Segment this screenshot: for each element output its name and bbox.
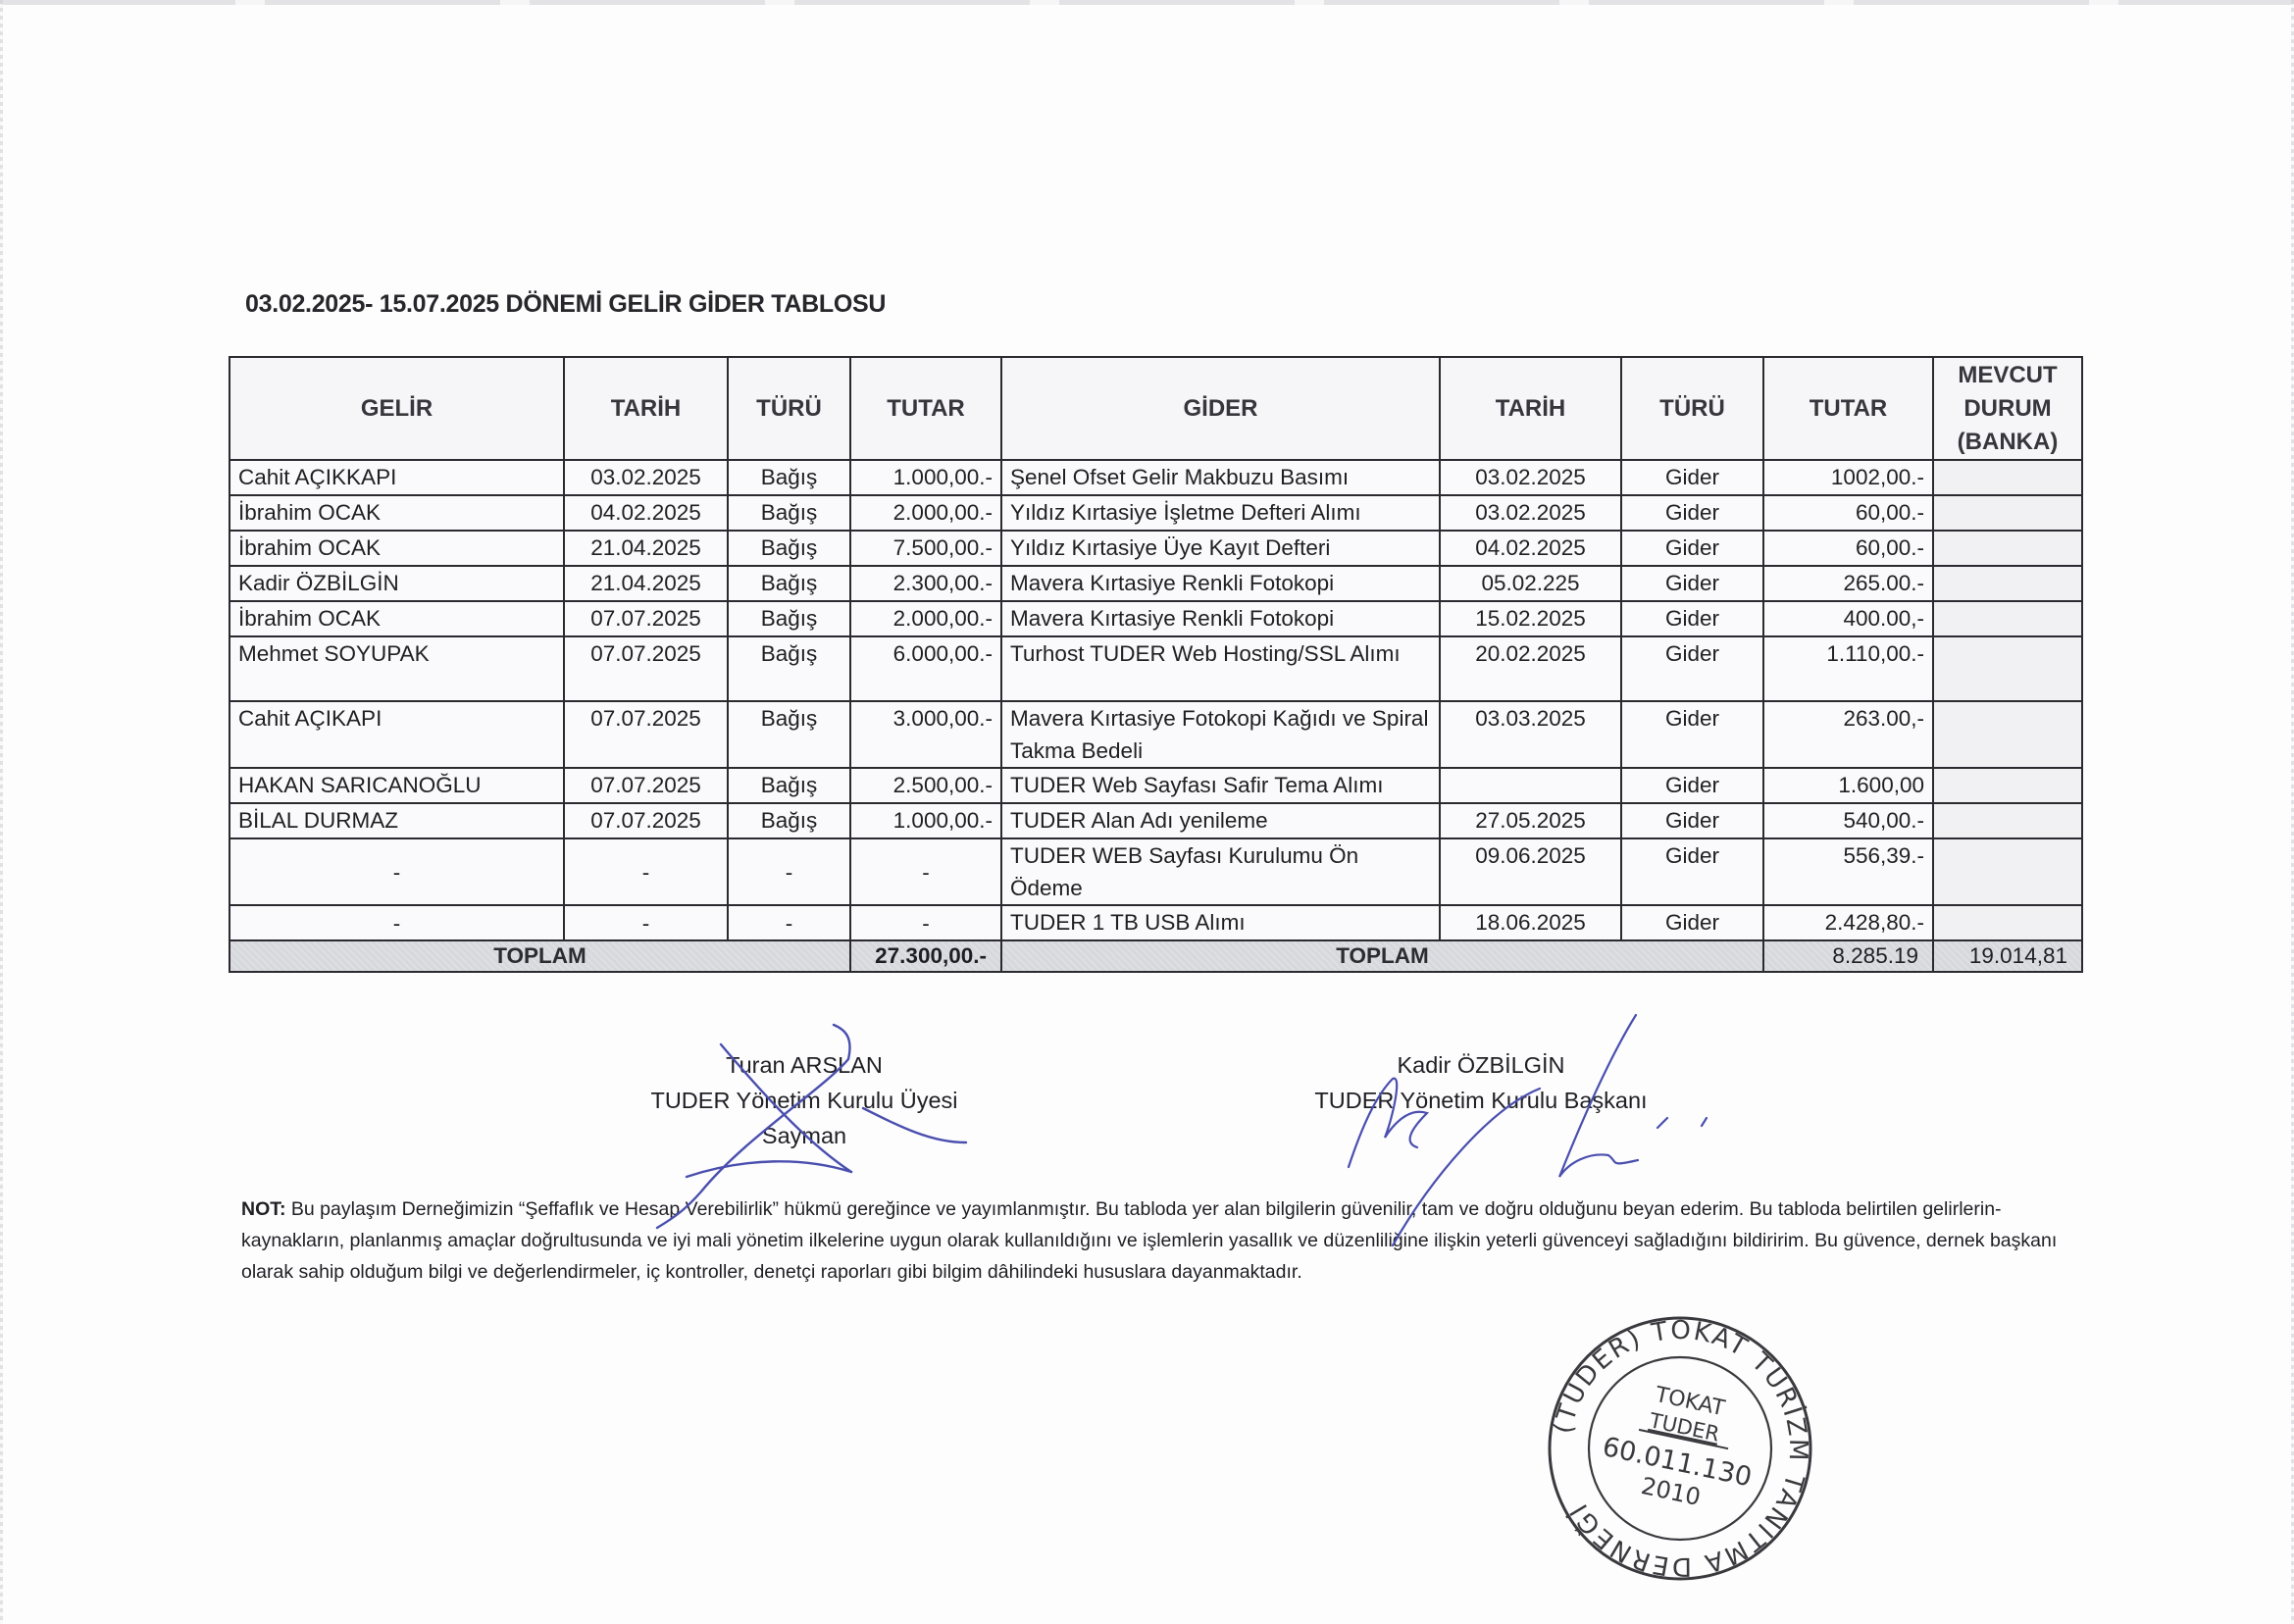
header-mevcut-line1: MEVCUT — [1942, 359, 2073, 392]
header-gider-tarih: TARİH — [1440, 357, 1621, 460]
gelir-name: Cahit AÇIKAPI — [229, 701, 564, 768]
gider-description: TUDER WEB Sayfası Kurulumu Ön Ödeme — [1001, 838, 1440, 905]
gider-total-label: TOPLAM — [1001, 940, 1763, 972]
gider-date: 15.02.2025 — [1440, 601, 1621, 636]
table-header-row: GELİR TARİH TÜRÜ TUTAR GİDER TARİH TÜRÜ … — [229, 357, 2082, 460]
gider-date: 03.02.2025 — [1440, 460, 1621, 495]
gider-type: Gider — [1621, 701, 1763, 768]
gider-amount: 1002,00.- — [1763, 460, 1933, 495]
gelir-name: İbrahim OCAK — [229, 531, 564, 566]
gider-amount: 400.00,- — [1763, 601, 1933, 636]
mevcut-cell — [1933, 768, 2082, 803]
gelir-type: Bağış — [728, 803, 850, 838]
header-gider-turu: TÜRÜ — [1621, 357, 1763, 460]
gider-date: 03.02.2025 — [1440, 495, 1621, 531]
gider-type: Gider — [1621, 601, 1763, 636]
income-expense-table: GELİR TARİH TÜRÜ TUTAR GİDER TARİH TÜRÜ … — [229, 356, 2083, 973]
mevcut-cell — [1933, 460, 2082, 495]
gelir-amount: - — [850, 905, 1001, 940]
gelir-name: Kadir ÖZBİLGİN — [229, 566, 564, 601]
scan-edge-left — [0, 0, 3, 1624]
mevcut-cell — [1933, 803, 2082, 838]
table-row: İbrahim OCAK21.04.2025Bağış7.500,00.-Yıl… — [229, 531, 2082, 566]
gelir-name: Cahit AÇIKKAPI — [229, 460, 564, 495]
mevcut-cell — [1933, 601, 2082, 636]
table-row: ----TUDER 1 TB USB Alımı18.06.2025Gider2… — [229, 905, 2082, 940]
table-row: ----TUDER WEB Sayfası Kurulumu Ön Ödeme0… — [229, 838, 2082, 905]
header-gelir: GELİR — [229, 357, 564, 460]
signer-role: TUDER Yönetim Kurulu Başkanı — [1265, 1083, 1697, 1118]
gelir-total-label: TOPLAM — [229, 940, 850, 972]
gelir-amount: 3.000,00.- — [850, 701, 1001, 768]
gider-type: Gider — [1621, 905, 1763, 940]
gider-type: Gider — [1621, 460, 1763, 495]
signature-block-treasurer: Turan ARSLAN TUDER Yönetim Kurulu Üyesi … — [588, 1047, 1020, 1153]
signer-name: Turan ARSLAN — [588, 1047, 1020, 1083]
signature-block-president: Kadir ÖZBİLGİN TUDER Yönetim Kurulu Başk… — [1265, 1047, 1697, 1118]
gider-type: Gider — [1621, 803, 1763, 838]
header-gider: GİDER — [1001, 357, 1440, 460]
gider-type: Gider — [1621, 566, 1763, 601]
header-gelir-tutar: TUTAR — [850, 357, 1001, 460]
signer-title: Sayman — [588, 1118, 1020, 1153]
gelir-date: 21.04.2025 — [564, 531, 728, 566]
gelir-amount: 2.000,00.- — [850, 495, 1001, 531]
mevcut-cell — [1933, 701, 2082, 768]
gider-amount: 263.00,- — [1763, 701, 1933, 768]
gelir-name: Mehmet SOYUPAK — [229, 636, 564, 701]
gelir-date: 07.07.2025 — [564, 803, 728, 838]
gider-amount: 556,39.- — [1763, 838, 1933, 905]
signer-name: Kadir ÖZBİLGİN — [1265, 1047, 1697, 1083]
gelir-date: 04.02.2025 — [564, 495, 728, 531]
note-text: Bu paylaşım Derneğimizin “Şeffaflık ve H… — [241, 1198, 2057, 1283]
mevcut-banka-value: 19.014,81 — [1933, 940, 2082, 972]
gelir-date: 07.07.2025 — [564, 636, 728, 701]
table-row: HAKAN SARICANOĞLU07.07.2025Bağış2.500,00… — [229, 768, 2082, 803]
mevcut-cell — [1933, 636, 2082, 701]
gelir-type: Bağış — [728, 531, 850, 566]
gider-description: TUDER Web Sayfası Safir Tema Alımı — [1001, 768, 1440, 803]
gider-total-value: 8.285.19 — [1763, 940, 1933, 972]
gelir-name: İbrahim OCAK — [229, 495, 564, 531]
scan-edge-top — [0, 0, 2294, 5]
gider-description: TUDER 1 TB USB Alımı — [1001, 905, 1440, 940]
gider-amount: 1.110,00.- — [1763, 636, 1933, 701]
gelir-type: Bağış — [728, 701, 850, 768]
gider-date: 09.06.2025 — [1440, 838, 1621, 905]
gider-date: 05.02.225 — [1440, 566, 1621, 601]
table-row: Cahit AÇIKAPI07.07.2025Bağış3.000,00.-Ma… — [229, 701, 2082, 768]
signer-role: TUDER Yönetim Kurulu Üyesi — [588, 1083, 1020, 1118]
gider-date: 04.02.2025 — [1440, 531, 1621, 566]
association-stamp: (TUDER) TOKAT TURİZM TANITMA DERNEĞİ TOK… — [1533, 1314, 1827, 1584]
gider-description: Turhost TUDER Web Hosting/SSL Alımı — [1001, 636, 1440, 701]
gelir-type: Bağış — [728, 768, 850, 803]
gelir-amount: 1.000,00.- — [850, 803, 1001, 838]
gelir-name: İbrahim OCAK — [229, 601, 564, 636]
header-mevcut-line3: (BANKA) — [1942, 426, 2073, 459]
gelir-type: - — [728, 905, 850, 940]
gelir-name: BİLAL DURMAZ — [229, 803, 564, 838]
header-mevcut-durum: MEVCUT DURUM (BANKA) — [1933, 357, 2082, 460]
mevcut-cell — [1933, 905, 2082, 940]
table-row: İbrahim OCAK04.02.2025Bağış2.000,00.-Yıl… — [229, 495, 2082, 531]
gelir-amount: 2.300,00.- — [850, 566, 1001, 601]
table-row: Cahit AÇIKKAPI03.02.2025Bağış1.000,00.-Ş… — [229, 460, 2082, 495]
gider-amount: 540,00.- — [1763, 803, 1933, 838]
gider-type: Gider — [1621, 768, 1763, 803]
gider-date: 18.06.2025 — [1440, 905, 1621, 940]
gider-amount: 265.00.- — [1763, 566, 1933, 601]
gelir-amount: 7.500,00.- — [850, 531, 1001, 566]
gelir-date: - — [564, 905, 728, 940]
gelir-amount: 2.500,00.- — [850, 768, 1001, 803]
gelir-name: - — [229, 838, 564, 905]
mevcut-cell — [1933, 531, 2082, 566]
gelir-amount: 1.000,00.- — [850, 460, 1001, 495]
gider-amount: 60,00.- — [1763, 495, 1933, 531]
gider-type: Gider — [1621, 531, 1763, 566]
header-gelir-turu: TÜRÜ — [728, 357, 850, 460]
mevcut-cell — [1933, 566, 2082, 601]
gider-description: Şenel Ofset Gelir Makbuzu Basımı — [1001, 460, 1440, 495]
gelir-amount: 2.000,00.- — [850, 601, 1001, 636]
gelir-type: Bağış — [728, 636, 850, 701]
gider-description: Yıldız Kırtasiye Üye Kayıt Defteri — [1001, 531, 1440, 566]
gider-amount: 2.428,80.- — [1763, 905, 1933, 940]
gelir-type: Bağış — [728, 460, 850, 495]
header-gider-tutar: TUTAR — [1763, 357, 1933, 460]
gider-description: Mavera Kırtasiye Renkli Fotokopi — [1001, 566, 1440, 601]
disclosure-note: NOT: Bu paylaşım Derneğimizin “Şeffaflık… — [241, 1193, 2085, 1288]
table-row: BİLAL DURMAZ07.07.2025Bağış1.000,00.-TUD… — [229, 803, 2082, 838]
gider-date: 27.05.2025 — [1440, 803, 1621, 838]
document-title: 03.02.2025- 15.07.2025 DÖNEMİ GELİR GİDE… — [245, 290, 886, 319]
table-row: İbrahim OCAK07.07.2025Bağış2.000,00.-Mav… — [229, 601, 2082, 636]
mevcut-cell — [1933, 495, 2082, 531]
gelir-type: Bağış — [728, 566, 850, 601]
gider-type: Gider — [1621, 838, 1763, 905]
gelir-type: Bağış — [728, 601, 850, 636]
gelir-total-value: 27.300,00.- — [850, 940, 1001, 972]
header-gelir-tarih: TARİH — [564, 357, 728, 460]
table-row: Mehmet SOYUPAK07.07.2025Bağış6.000,00.-T… — [229, 636, 2082, 701]
gelir-date: 07.07.2025 — [564, 701, 728, 768]
gelir-amount: - — [850, 838, 1001, 905]
gider-amount: 1.600,00 — [1763, 768, 1933, 803]
gider-description: Yıldız Kırtasiye İşletme Defteri Alımı — [1001, 495, 1440, 531]
gelir-date: 07.07.2025 — [564, 601, 728, 636]
totals-row: TOPLAM 27.300,00.- TOPLAM 8.285.19 19.01… — [229, 940, 2082, 972]
gelir-name: - — [229, 905, 564, 940]
gelir-date: - — [564, 838, 728, 905]
table-row: Kadir ÖZBİLGİN21.04.2025Bağış2.300,00.-M… — [229, 566, 2082, 601]
gelir-name: HAKAN SARICANOĞLU — [229, 768, 564, 803]
gider-date: 03.03.2025 — [1440, 701, 1621, 768]
gider-date: 20.02.2025 — [1440, 636, 1621, 701]
gelir-date: 03.02.2025 — [564, 460, 728, 495]
gider-amount: 60,00.- — [1763, 531, 1933, 566]
header-mevcut-line2: DURUM — [1942, 392, 2073, 426]
mevcut-cell — [1933, 838, 2082, 905]
note-label: NOT: — [241, 1198, 286, 1220]
gelir-date: 21.04.2025 — [564, 566, 728, 601]
gider-type: Gider — [1621, 636, 1763, 701]
gelir-type: Bağış — [728, 495, 850, 531]
gelir-amount: 6.000,00.- — [850, 636, 1001, 701]
gider-type: Gider — [1621, 495, 1763, 531]
gider-date — [1440, 768, 1621, 803]
gider-description: Mavera Kırtasiye Renkli Fotokopi — [1001, 601, 1440, 636]
gider-description: Mavera Kırtasiye Fotokopi Kağıdı ve Spir… — [1001, 701, 1440, 768]
gelir-type: - — [728, 838, 850, 905]
gelir-date: 07.07.2025 — [564, 768, 728, 803]
gider-description: TUDER Alan Adı yenileme — [1001, 803, 1440, 838]
